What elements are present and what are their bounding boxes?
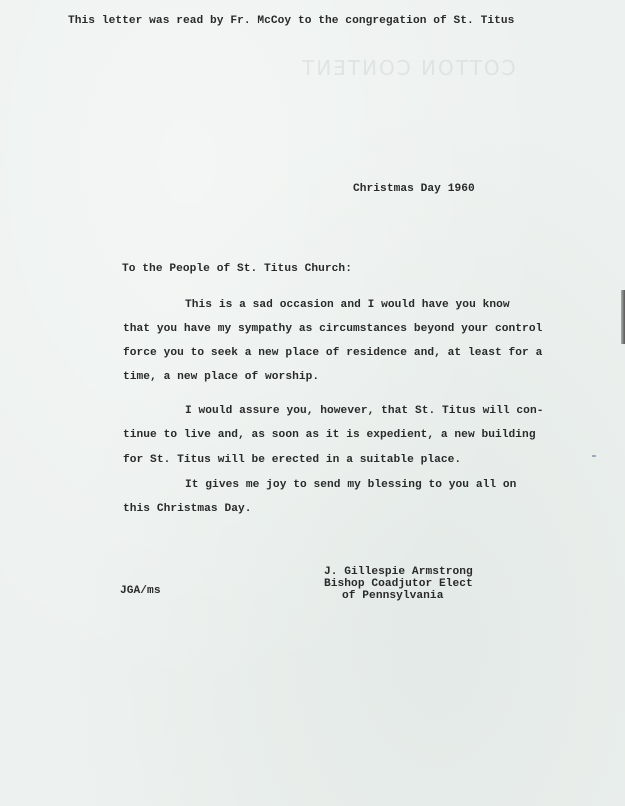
body-line: time, a new place of worship. [123,370,319,384]
paper-watermark: COTTON CONTENT [300,56,516,80]
reference-initials: JGA/ms [120,584,161,598]
body-line: It gives me joy to send my blessing to y… [185,478,516,492]
letter-date: Christmas Day 1960 [353,182,475,196]
body-line: tinue to live and, as soon as it is expe… [123,428,536,442]
body-line: This is a sad occasion and I would have … [185,298,510,312]
salutation: To the People of St. Titus Church: [122,262,352,276]
paper-speck [592,455,596,457]
body-line: force you to seek a new place of residen… [123,346,542,360]
letter-page: COTTON CONTENT This letter was read by F… [0,0,625,806]
body-line: I would assure you, however, that St. Ti… [185,404,543,418]
signature-title-continued: of Pennsylvania [342,589,443,603]
body-line: that you have my sympathy as circumstanc… [123,322,542,336]
header-note: This letter was read by Fr. McCoy to the… [68,14,514,28]
body-line: for St. Titus will be erected in a suita… [123,453,461,467]
paper-edge-mark [621,290,625,344]
body-line: this Christmas Day. [123,502,252,516]
